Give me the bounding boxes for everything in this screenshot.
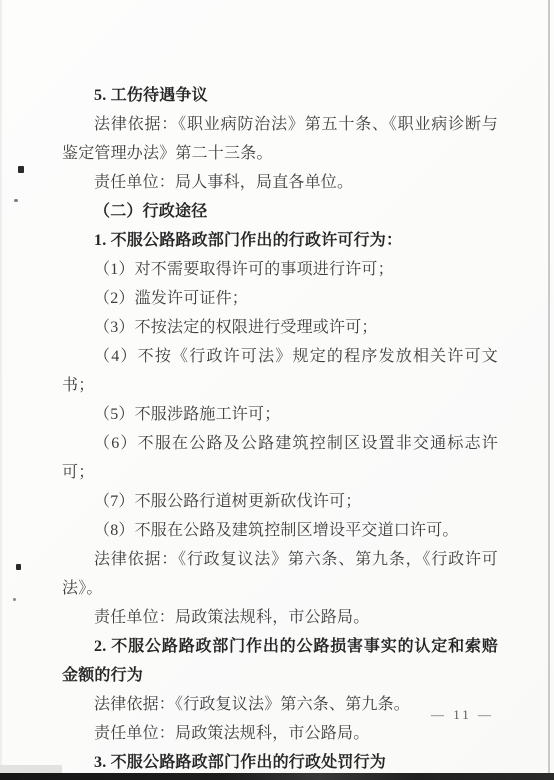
responsible-unit-line: 责任单位：局政策法规科，市公路局。 xyxy=(62,603,498,632)
item-heading: 1. 不服公路路政部门作出的行政许可行为： xyxy=(62,226,498,255)
scan-artifact-dot xyxy=(14,199,18,202)
list-item: （3）不按法定的权限进行受理或许可； xyxy=(62,313,498,342)
scan-artifact-dot xyxy=(16,564,21,570)
item-heading: 2. 不服公路路政部门作出的公路损害事实的认定和索赔金额的行为 xyxy=(62,632,498,690)
list-item: （7）不服公路行道树更新砍伐许可； xyxy=(62,487,498,516)
section-heading: 5. 工伤待遇争议 xyxy=(62,81,498,110)
responsible-unit-line: 责任单位：局人事科，局直各单位。 xyxy=(62,168,498,197)
scan-right-edge-line xyxy=(548,0,550,780)
scan-left-edge-shade xyxy=(0,0,3,780)
legal-basis-line: 法律依据：《职业病防治法》第五十条、《职业病诊断与鉴定管理办法》第二十三条。 xyxy=(62,110,498,168)
scan-bottom-band xyxy=(0,773,554,780)
list-item: （6）不服在公路及公路建筑控制区设置非交通标志许可； xyxy=(62,429,498,487)
list-item: （1）对不需要取得许可的事项进行许可； xyxy=(62,255,498,284)
list-item: （8）不服在公路及建筑控制区增设平交道口许可。 xyxy=(62,516,498,545)
list-item: （5）不服涉路施工许可； xyxy=(62,400,498,429)
list-item: （2）滥发许可证件； xyxy=(62,284,498,313)
page-number: — 11 — xyxy=(431,706,494,724)
scan-artifact-dot xyxy=(18,166,24,173)
scanned-document-page: 5. 工伤待遇争议 法律依据：《职业病防治法》第五十条、《职业病诊断与鉴定管理办… xyxy=(0,0,554,780)
section-heading: （二）行政途径 xyxy=(62,197,498,226)
list-item: （4）不按《行政许可法》规定的程序发放相关许可文书； xyxy=(62,342,498,400)
document-body: 5. 工伤待遇争议 法律依据：《职业病防治法》第五十条、《职业病诊断与鉴定管理办… xyxy=(62,81,498,777)
scan-artifact-dot xyxy=(13,598,16,601)
legal-basis-line: 法律依据：《行政复议法》第六条、第九条，《行政许可法》。 xyxy=(62,545,498,603)
